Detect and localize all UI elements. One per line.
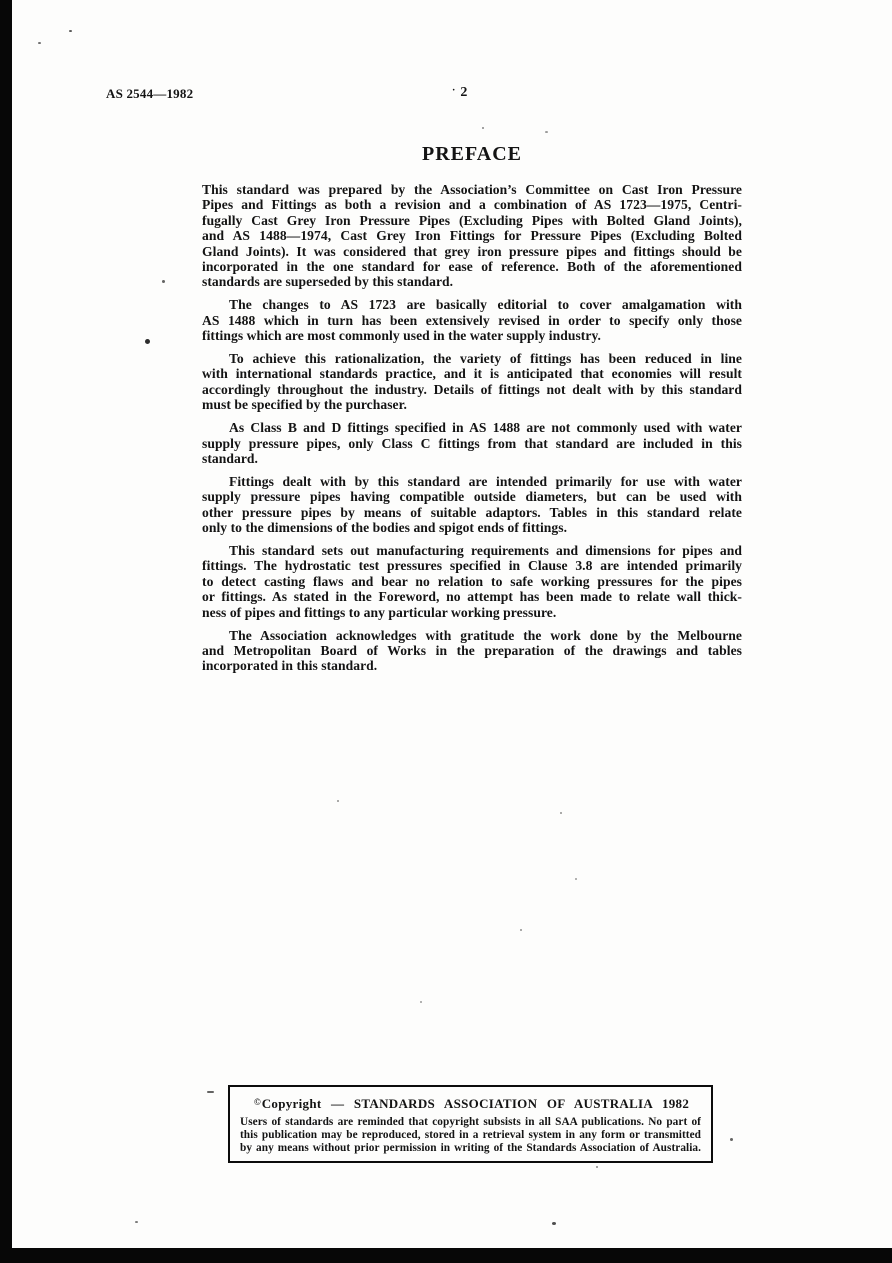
scan-speck xyxy=(135,1221,138,1223)
text-line: fittings which are most commonly used in… xyxy=(202,328,742,343)
text-line: The changes to AS 1723 are basically edi… xyxy=(202,297,742,312)
text-line: ness of pipes and fittings to any partic… xyxy=(202,605,742,620)
text-line: incorporated in the one standard for eas… xyxy=(202,259,742,274)
document-id: AS 2544—1982 xyxy=(106,86,193,102)
text-line: Users of standards are reminded that cop… xyxy=(240,1116,701,1129)
text-line: fugally Cast Grey Iron Pressure Pipes (E… xyxy=(202,213,742,228)
preface-body: This standard was prepared by the Associ… xyxy=(202,182,742,681)
copyright-title: ©Copyright — STANDARDS ASSOCIATION OF AU… xyxy=(230,1096,711,1112)
scan-speck xyxy=(552,1222,556,1225)
text-line: only to the dimensions of the bodies and… xyxy=(202,520,742,535)
text-line: standard. xyxy=(202,451,742,466)
paragraph: Fittings dealt with by this standard are… xyxy=(202,474,742,536)
scanned-document-page: AS 2544—1982 ·2 PREFACE This standard wa… xyxy=(0,0,892,1263)
scan-edge-left xyxy=(0,0,12,1263)
scan-speck xyxy=(545,131,548,133)
copyright-icon: © xyxy=(254,1097,262,1107)
scan-speck xyxy=(596,1166,598,1168)
text-line: incorporated in this standard. xyxy=(202,658,742,673)
scan-speck xyxy=(162,280,165,283)
page-number: ·2 xyxy=(452,85,467,101)
text-line: standards are superseded by this standar… xyxy=(202,274,742,289)
text-line: This standard sets out manufacturing req… xyxy=(202,543,742,558)
scan-speck xyxy=(207,1091,214,1093)
paragraph: As Class B and D fittings specified in A… xyxy=(202,420,742,466)
paragraph: This standard sets out manufacturing req… xyxy=(202,543,742,620)
page-number-value: 2 xyxy=(460,85,467,100)
paragraph: The changes to AS 1723 are basically edi… xyxy=(202,297,742,343)
text-line: by any means without prior permission in… xyxy=(240,1142,701,1155)
scan-speck xyxy=(337,800,339,802)
text-line: supply pressure pipes, only Class C fitt… xyxy=(202,436,742,451)
text-line: with international standards practice, a… xyxy=(202,366,742,381)
paragraph: To achieve this rationalization, the var… xyxy=(202,351,742,413)
copyright-notice: Users of standards are reminded that cop… xyxy=(230,1116,711,1154)
copyright-box: ©Copyright — STANDARDS ASSOCIATION OF AU… xyxy=(228,1085,713,1163)
scan-speck xyxy=(420,1001,422,1003)
text-line: Pipes and Fittings as both a revision an… xyxy=(202,197,742,212)
scan-speck xyxy=(145,339,150,344)
paragraph: This standard was prepared by the Associ… xyxy=(202,182,742,290)
copyright-title-text: Copyright — STANDARDS ASSOCIATION OF AUS… xyxy=(262,1096,689,1111)
text-line: fittings. The hydrostatic test pressures… xyxy=(202,558,742,573)
text-line: or fittings. As stated in the Foreword, … xyxy=(202,589,742,604)
paragraph: The Association acknowledges with gratit… xyxy=(202,628,742,674)
scan-speck xyxy=(482,127,484,129)
text-line: As Class B and D fittings specified in A… xyxy=(202,420,742,435)
text-line: supply pressure pipes having compatible … xyxy=(202,489,742,504)
text-line: to detect casting flaws and bear no rela… xyxy=(202,574,742,589)
text-line: this publication may be reproduced, stor… xyxy=(240,1129,701,1142)
text-line: and Metropolitan Board of Works in the p… xyxy=(202,643,742,658)
scan-speck xyxy=(575,878,577,880)
text-line: and AS 1488—1974, Cast Grey Iron Fitting… xyxy=(202,228,742,243)
text-line: accordingly throughout the industry. Det… xyxy=(202,382,742,397)
scan-speck xyxy=(520,929,522,931)
scan-edge-bottom xyxy=(0,1248,892,1263)
text-line: The Association acknowledges with gratit… xyxy=(202,628,742,643)
scan-speck xyxy=(560,812,562,814)
text-line: Fittings dealt with by this standard are… xyxy=(202,474,742,489)
scan-speck xyxy=(730,1138,733,1141)
text-line: AS 1488 which in turn has been extensive… xyxy=(202,313,742,328)
text-line: Gland Joints). It was considered that gr… xyxy=(202,244,742,259)
page-title: PREFACE xyxy=(202,143,742,166)
scan-speck xyxy=(38,42,41,44)
text-line: This standard was prepared by the Associ… xyxy=(202,182,742,197)
scan-speck xyxy=(69,30,72,32)
text-line: must be specified by the purchaser. xyxy=(202,397,742,412)
text-line: To achieve this rationalization, the var… xyxy=(202,351,742,366)
text-line: other pressure pipes by means of suitabl… xyxy=(202,505,742,520)
